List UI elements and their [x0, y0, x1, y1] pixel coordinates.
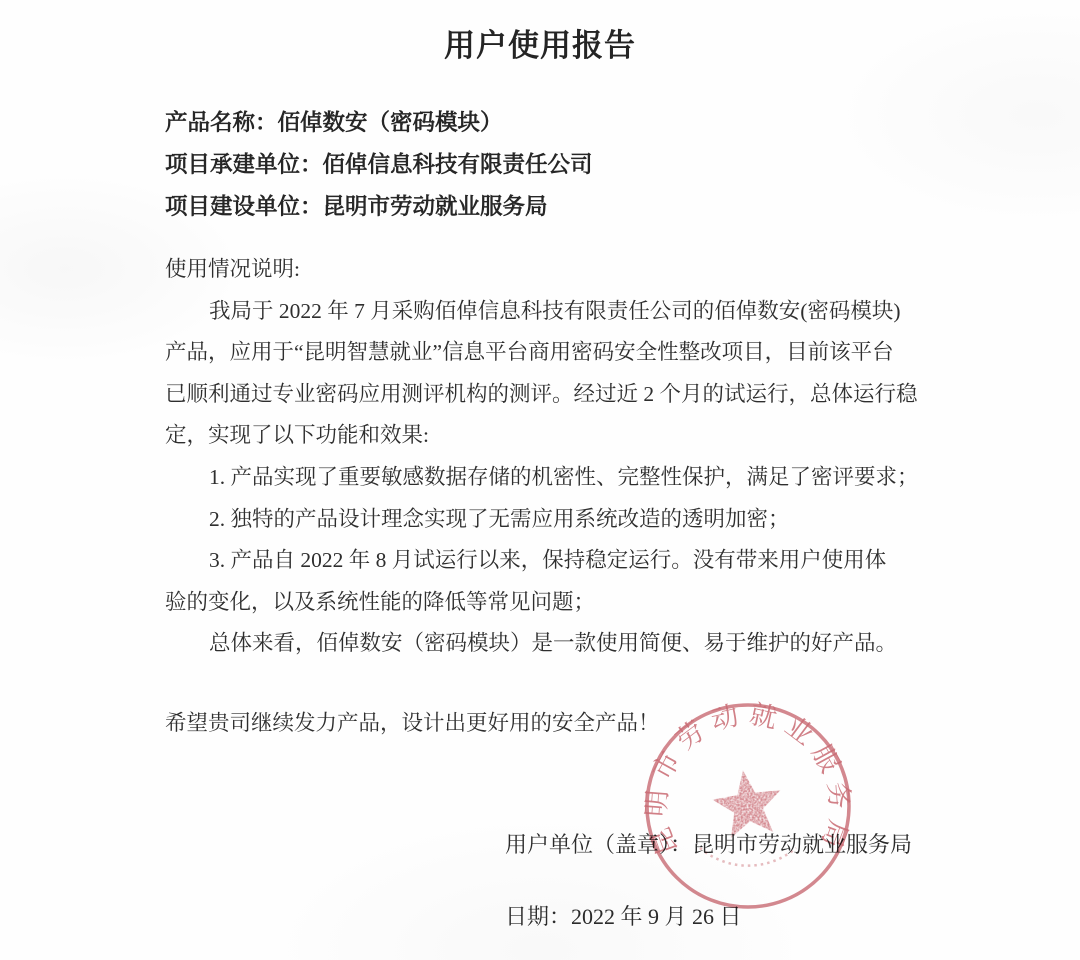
- product-name-line: 产品名称：佰倬数安（密码模块）: [165, 102, 593, 144]
- body-line: 我局于 2022 年 7 月采购佰倬信息科技有限责任公司的佰倬数安(密码模块): [165, 291, 945, 333]
- body-line: 产品，应用于“昆明智慧就业”信息平台商用密码安全性整改项目，目前该平台: [165, 332, 945, 374]
- feature-item-2: 2. 独特的产品设计理念实现了无需应用系统改造的透明加密；: [165, 499, 945, 541]
- feature-item-3: 3. 产品自 2022 年 8 月试运行以来，保持稳定运行。没有带来用户使用体: [165, 540, 945, 582]
- feature-item-1: 1. 产品实现了重要敏感数据存储的机密性、完整性保护，满足了密评要求；: [165, 457, 945, 499]
- document-title: 用户使用报告: [0, 20, 1080, 65]
- official-seal-graphic: 昆明市劳动就业服务局: [638, 696, 858, 916]
- product-info-block: 产品名称：佰倬数安（密码模块） 项目承建单位：佰倬信息科技有限责任公司 项目建设…: [165, 102, 593, 228]
- seal-star-icon: [709, 766, 786, 840]
- construction-unit-line: 项目建设单位：昆明市劳动就业服务局: [165, 186, 593, 228]
- official-seal: 昆明市劳动就业服务局: [638, 696, 858, 916]
- body-line: 定，实现了以下功能和效果:: [165, 415, 945, 457]
- body-line: 验的变化，以及系统性能的降低等常见问题；: [165, 582, 945, 624]
- date-line: 日期：2022 年 9 月 26 日: [505, 904, 742, 930]
- body-line: 已顺利通过专业密码应用测评机构的测评。经过近 2 个月的试运行，总体运行稳: [165, 374, 945, 416]
- usage-description-block: 使用情况说明: 我局于 2022 年 7 月采购佰倬信息科技有限责任公司的佰倬数…: [165, 249, 945, 665]
- contractor-unit-line: 项目承建单位：佰倬信息科技有限责任公司: [165, 144, 593, 186]
- closing-wish-line: 希望贵司继续发力产品，设计出更好用的安全产品！: [165, 702, 660, 744]
- summary-line: 总体来看，佰倬数安（密码模块）是一款使用简便、易于维护的好产品。: [165, 623, 945, 665]
- seal-ring: [647, 705, 849, 907]
- user-unit-signature-line: 用户单位（盖章）：昆明市劳动就业服务局: [505, 832, 912, 858]
- usage-section-heading: 使用情况说明:: [165, 249, 945, 291]
